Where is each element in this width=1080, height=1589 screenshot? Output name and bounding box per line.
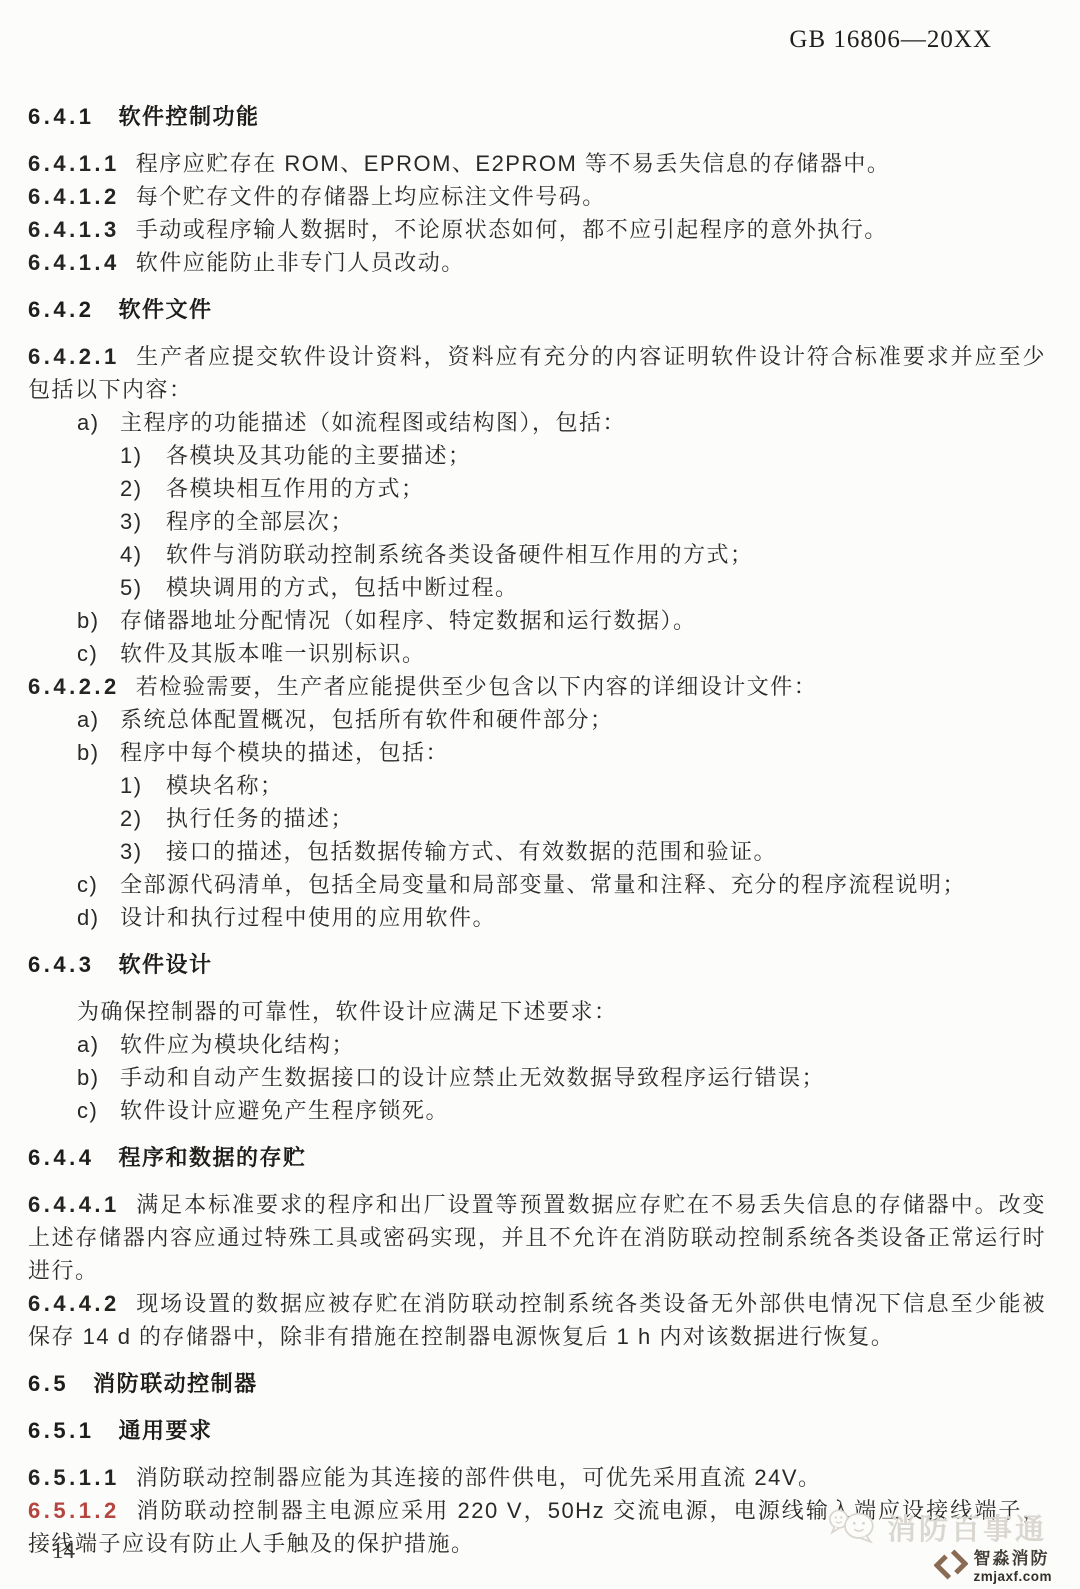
clause-text: 生产者应提交软件设计资料，资料应有充分的内容证明软件设计符合标准要求并应至少包括… [28, 344, 1046, 402]
clause-text: 现场设置的数据应被存贮在消防联动控制系统各类设备无外部供电情况下信息至少能被保存… [28, 1291, 1046, 1349]
section-number: 6.5 [28, 1371, 69, 1396]
list-item-label: b) [77, 604, 120, 637]
clause-text: 消防联动控制器应能为其连接的部件供电，可优先采用直流 24V。 [136, 1465, 822, 1490]
list-item-number: 1)模块名称； [28, 769, 1046, 802]
clause-number: 6.4.2.1 [28, 344, 120, 369]
list-item-text: 程序中每个模块的描述，包括： [120, 740, 449, 765]
list-item-label: 1) [120, 439, 166, 472]
list-item-text: 模块调用的方式，包括中断过程。 [166, 575, 519, 600]
page-number: 14 [52, 1538, 75, 1564]
section-heading: 6.4.4程序和数据的存贮 [28, 1141, 1046, 1174]
list-item-text: 软件及其版本唯一识别标识。 [120, 641, 426, 666]
list-item-text: 设计和执行过程中使用的应用软件。 [120, 905, 496, 930]
clause-number: 6.4.1.3 [28, 217, 120, 242]
brand-watermark: 消防百事通 [827, 1506, 1047, 1549]
list-item-letter: c)软件设计应避免产生程序锁死。 [28, 1094, 1046, 1127]
list-item-number: 2)执行任务的描述； [28, 802, 1046, 835]
list-item-letter: a)系统总体配置概况，包括所有软件和硬件部分； [28, 703, 1046, 736]
list-item-label: b) [77, 736, 120, 769]
section-number: 6.4.1 [28, 104, 94, 129]
chat-bubbles-icon [827, 1506, 879, 1549]
list-item-letter: c)软件及其版本唯一识别标识。 [28, 637, 1046, 670]
section-heading: 6.5.1通用要求 [28, 1414, 1046, 1447]
clause-number: 6.4.4.1 [28, 1192, 120, 1217]
list-item-label: c) [77, 868, 120, 901]
clause-number: 6.4.1.4 [28, 250, 120, 275]
list-item-text: 软件应为模块化结构； [120, 1032, 355, 1057]
paragraph-text: 为确保控制器的可靠性，软件设计应满足下述要求： [77, 999, 618, 1024]
clause-number: 6.4.1.1 [28, 151, 120, 176]
list-item-label: a) [77, 703, 120, 736]
list-item-number: 3)接口的描述，包括数据传输方式、有效数据的范围和验证。 [28, 835, 1046, 868]
clause-number: 6.4.1.2 [28, 184, 120, 209]
standard-code: GB 16806—20XX [789, 26, 992, 54]
clause-paragraph: 6.4.4.1满足本标准要求的程序和出厂设置等预置数据应存贮在不易丢失信息的存储… [28, 1188, 1046, 1287]
section-number: 6.4.3 [28, 952, 94, 977]
list-item-label: d) [77, 901, 120, 934]
list-item-text: 全部源代码清单，包括全局变量和局部变量、常量和注释、充分的程序流程说明； [120, 872, 966, 897]
list-item-number: 3)程序的全部层次； [28, 505, 1046, 538]
list-item-text: 各模块及其功能的主要描述； [166, 443, 472, 468]
clause-paragraph: 6.5.1.1消防联动控制器应能为其连接的部件供电，可优先采用直流 24V。 [28, 1461, 1046, 1494]
list-item-text: 存储器地址分配情况（如程序、特定数据和运行数据）。 [120, 608, 697, 633]
list-item-number: 1)各模块及其功能的主要描述； [28, 439, 1046, 472]
list-item-text: 手动和自动产生数据接口的设计应禁止无效数据导致程序运行错误； [120, 1065, 825, 1090]
clause-text: 手动或程序输人数据时，不论原状态如何，都不应引起程序的意外执行。 [136, 217, 888, 242]
section-title: 软件文件 [118, 297, 212, 322]
list-item-label: c) [77, 637, 120, 670]
section-title: 软件控制功能 [118, 104, 259, 129]
section-title: 程序和数据的存贮 [118, 1145, 306, 1170]
clause-text: 程序应贮存在 ROM、EPROM、E2PROM 等不易丢失信息的存储器中。 [136, 151, 891, 176]
clause-number: 6.4.4.2 [28, 1291, 120, 1316]
list-item-text: 模块名称； [166, 773, 284, 798]
list-item-letter: a)软件应为模块化结构； [28, 1028, 1046, 1061]
list-item-label: 3) [120, 835, 166, 868]
corner-logo: 智淼消防 zmjaxf.com [934, 1548, 1052, 1586]
clause-paragraph: 6.4.2.2若检验需要，生产者应能提供至少包含以下内容的详细设计文件： [28, 670, 1046, 703]
clause-text: 若检验需要，生产者应能提供至少包含以下内容的详细设计文件： [136, 674, 818, 699]
list-item-letter: d)设计和执行过程中使用的应用软件。 [28, 901, 1046, 934]
list-item-label: 1) [120, 769, 166, 802]
list-item-label: 2) [120, 472, 166, 505]
clause-paragraph: 6.4.2.1生产者应提交软件设计资料，资料应有充分的内容证明软件设计符合标准要… [28, 340, 1046, 406]
list-item-label: 4) [120, 538, 166, 571]
section-number: 6.4.2 [28, 297, 94, 322]
section-title: 通用要求 [118, 1418, 212, 1443]
clause-text: 软件应能防止非专门人员改动。 [136, 250, 465, 275]
document-body: 6.4.1软件控制功能6.4.1.1程序应贮存在 ROM、EPROM、E2PRO… [28, 86, 1046, 1560]
logo-domain: zmjaxf.com [973, 1569, 1052, 1585]
diamond-logo-icon [934, 1548, 968, 1586]
clause-text: 每个贮存文件的存储器上均应标注文件号码。 [136, 184, 606, 209]
clause-number: 6.5.1.2 [28, 1498, 120, 1523]
clause-paragraph: 6.4.1.3手动或程序输人数据时，不论原状态如何，都不应引起程序的意外执行。 [28, 213, 1046, 246]
list-item-label: 3) [120, 505, 166, 538]
section-heading: 6.4.1软件控制功能 [28, 100, 1046, 133]
list-item-text: 各模块相互作用的方式； [166, 476, 425, 501]
list-item-number: 2)各模块相互作用的方式； [28, 472, 1046, 505]
clause-text: 满足本标准要求的程序和出厂设置等预置数据应存贮在不易丢失信息的存储器中。改变上述… [28, 1192, 1046, 1283]
list-item-label: 2) [120, 802, 166, 835]
list-item-letter: b)手动和自动产生数据接口的设计应禁止无效数据导致程序运行错误； [28, 1061, 1046, 1094]
list-item-letter: b)存储器地址分配情况（如程序、特定数据和运行数据）。 [28, 604, 1046, 637]
logo-title: 智淼消防 [973, 1549, 1052, 1569]
list-item-label: a) [77, 1028, 120, 1061]
list-item-label: 5) [120, 571, 166, 604]
list-item-text: 软件与消防联动控制系统各类设备硬件相互作用的方式； [166, 542, 754, 567]
section-heading: 6.4.3软件设计 [28, 948, 1046, 981]
intro-paragraph: 为确保控制器的可靠性，软件设计应满足下述要求： [28, 995, 1046, 1028]
list-item-text: 接口的描述，包括数据传输方式、有效数据的范围和验证。 [166, 839, 777, 864]
clause-number: 6.4.2.2 [28, 674, 120, 699]
list-item-number: 5)模块调用的方式，包括中断过程。 [28, 571, 1046, 604]
list-item-text: 系统总体配置概况，包括所有软件和硬件部分； [120, 707, 614, 732]
clause-paragraph: 6.4.1.4软件应能防止非专门人员改动。 [28, 246, 1046, 279]
list-item-number: 4)软件与消防联动控制系统各类设备硬件相互作用的方式； [28, 538, 1046, 571]
list-item-letter: c)全部源代码清单，包括全局变量和局部变量、常量和注释、充分的程序流程说明； [28, 868, 1046, 901]
section-number: 6.4.4 [28, 1145, 94, 1170]
clause-number: 6.5.1.1 [28, 1465, 120, 1490]
document-page: GB 16806—20XX 6.4.1软件控制功能6.4.1.1程序应贮存在 R… [0, 0, 1080, 1589]
list-item-text: 软件设计应避免产生程序锁死。 [120, 1098, 449, 1123]
list-item-letter: a)主程序的功能描述（如流程图或结构图），包括： [28, 406, 1046, 439]
section-number: 6.5.1 [28, 1418, 94, 1443]
section-heading: 6.5消防联动控制器 [28, 1367, 1046, 1400]
list-item-text: 执行任务的描述； [166, 806, 354, 831]
clause-paragraph: 6.4.4.2现场设置的数据应被存贮在消防联动控制系统各类设备无外部供电情况下信… [28, 1287, 1046, 1353]
section-title: 软件设计 [118, 952, 212, 977]
section-title: 消防联动控制器 [93, 1371, 258, 1396]
list-item-label: a) [77, 406, 120, 439]
clause-paragraph: 6.4.1.2每个贮存文件的存储器上均应标注文件号码。 [28, 180, 1046, 213]
list-item-label: c) [77, 1094, 120, 1127]
clause-paragraph: 6.4.1.1程序应贮存在 ROM、EPROM、E2PROM 等不易丢失信息的存… [28, 147, 1046, 180]
watermark-text: 消防百事通 [887, 1507, 1047, 1548]
section-heading: 6.4.2软件文件 [28, 293, 1046, 326]
list-item-letter: b)程序中每个模块的描述，包括： [28, 736, 1046, 769]
list-item-text: 程序的全部层次； [166, 509, 354, 534]
list-item-label: b) [77, 1061, 120, 1094]
list-item-text: 主程序的功能描述（如流程图或结构图），包括： [120, 410, 626, 435]
